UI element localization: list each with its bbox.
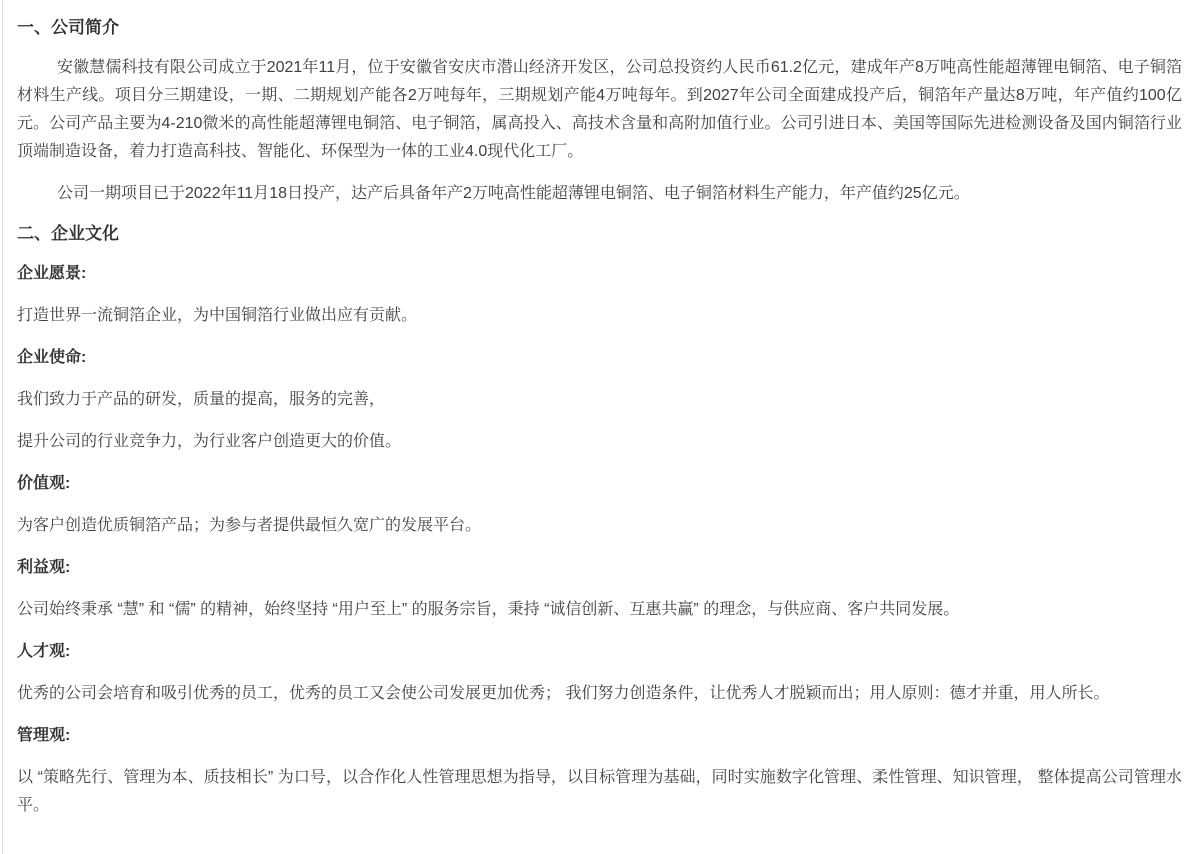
culture-item-paragraph: 我们致力于产品的研发，质量的提高，服务的完善， — [17, 386, 1182, 414]
section-heading-corporate-culture: 二、企业文化 — [17, 222, 1182, 246]
culture-item-label: 企业使命: — [17, 344, 1182, 372]
culture-item-paragraph: 优秀的公司会培育和吸引优秀的员工，优秀的员工又会使公司发展更加优秀； 我们努力创… — [17, 680, 1182, 708]
section-body-company-intro: 安徽慧儒科技有限公司成立于2021年11月，位于安徽省安庆市潜山经济开发区，公司… — [17, 54, 1182, 208]
culture-item-label: 人才观: — [17, 638, 1182, 666]
paragraph: 公司一期项目已于2022年11月18日投产，达产后具备年产2万吨高性能超薄锂电铜… — [17, 180, 1182, 208]
culture-item-paragraph: 提升公司的行业竞争力，为行业客户创造更大的价值。 — [17, 428, 1182, 456]
culture-item-label: 企业愿景: — [17, 260, 1182, 288]
culture-item-paragraph: 以 “策略先行、管理为本、质技相长” 为口号，以合作化人性管理思想为指导，以目标… — [17, 764, 1182, 820]
section-corporate-culture: 二、企业文化 企业愿景:打造世界一流铜箔企业，为中国铜箔行业做出应有贡献。企业使… — [17, 222, 1182, 820]
culture-item-label: 管理观: — [17, 722, 1182, 750]
culture-item-paragraph: 为客户创造优质铜箔产品；为参与者提供最恒久宽广的发展平台。 — [17, 512, 1182, 540]
document-page: 一、公司简介 安徽慧儒科技有限公司成立于2021年11月，位于安徽省安庆市潜山经… — [2, 0, 1189, 854]
culture-item-paragraph: 打造世界一流铜箔企业，为中国铜箔行业做出应有贡献。 — [17, 302, 1182, 330]
section-heading-company-intro: 一、公司简介 — [17, 16, 1182, 40]
paragraph: 安徽慧儒科技有限公司成立于2021年11月，位于安徽省安庆市潜山经济开发区，公司… — [17, 54, 1182, 166]
culture-item-label: 价值观: — [17, 470, 1182, 498]
culture-item-label: 利益观: — [17, 554, 1182, 582]
section-company-intro: 一、公司简介 安徽慧儒科技有限公司成立于2021年11月，位于安徽省安庆市潜山经… — [17, 16, 1182, 208]
section-body-corporate-culture: 企业愿景:打造世界一流铜箔企业，为中国铜箔行业做出应有贡献。企业使命:我们致力于… — [17, 260, 1182, 820]
culture-item-paragraph: 公司始终秉承 “慧” 和 “儒” 的精神，始终坚持 “用户至上” 的服务宗旨，秉… — [17, 596, 1182, 624]
